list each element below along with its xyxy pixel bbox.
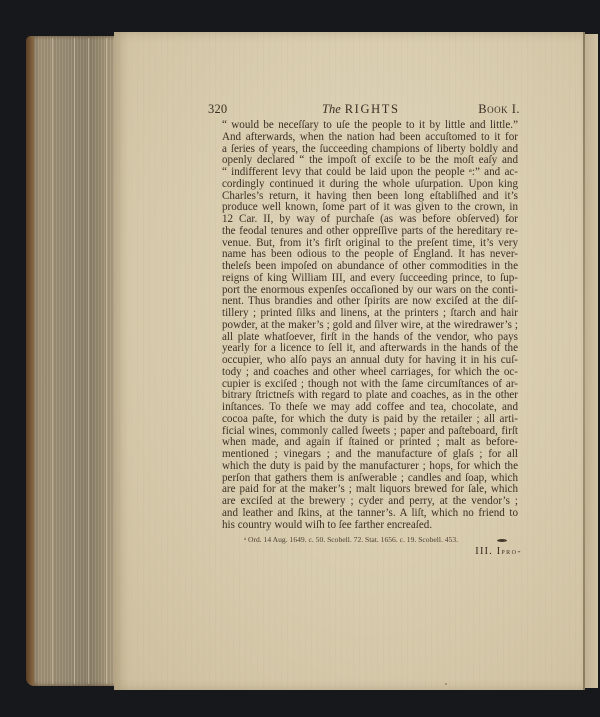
running-title-italic: The [322, 102, 341, 116]
page-edge-line [106, 38, 107, 684]
page-edge-line [74, 38, 75, 684]
catchword-rest: pro- [501, 546, 522, 556]
text-line: theleſs been impoſed on abundance of oth… [222, 261, 518, 273]
page-edge-line [88, 38, 89, 684]
text-line: “ indifferent levy that could be laid up… [222, 167, 518, 179]
book-page: 320 TheRIGHTS Book I. “ would be neceſſa… [114, 32, 584, 690]
text-line: reigns of king William III, and every ſu… [222, 273, 518, 285]
text-line: the feodal tenures and other oppreſſive … [222, 226, 518, 238]
text-line: cocoa paſte, for which the duty is paid … [222, 414, 518, 426]
text-line: mentioned ; vinegars ; and the manufactu… [222, 449, 518, 461]
open-book: 320 TheRIGHTS Book I. “ would be neceſſa… [26, 30, 598, 692]
ink-blot [497, 539, 507, 542]
page-edge-line [52, 38, 53, 684]
running-head: 320 TheRIGHTS Book I. [222, 102, 518, 118]
text-line: tody ; and coaches and other wheel carri… [222, 367, 518, 379]
text-line: 12 Car. II, by way of purchaſe (as was b… [222, 214, 518, 226]
running-title: TheRIGHTS [322, 102, 400, 117]
running-title-caps: RIGHTS [345, 102, 400, 116]
text-block: 320 TheRIGHTS Book I. “ would be neceſſa… [222, 102, 518, 558]
text-line: “ would be neceſſary to uſe the people t… [222, 120, 518, 132]
text-line: inſtances. To theſe we may add coffee an… [222, 402, 518, 414]
text-line: cordingly continued it during the whole … [222, 179, 518, 191]
page-edges-stack [26, 36, 118, 686]
text-line: powder, at the maker’s ; gold and ſilver… [222, 320, 518, 332]
book-label: Book I. [478, 102, 520, 117]
body-text: “ would be neceſſary to uſe the people t… [222, 120, 518, 531]
page-number: 320 [208, 102, 227, 117]
text-line: And afterwards, when the nation had been… [222, 132, 518, 144]
text-line: occupier, who alſo pays an annual duty f… [222, 355, 518, 367]
paper-speck [445, 683, 447, 685]
text-line: and leather and ſkins, at the tanner’s. … [222, 508, 518, 520]
text-line: are exciſed at the brewery ; cyder and p… [222, 496, 518, 508]
text-line: his country would wiſh to ſee farther en… [222, 520, 518, 532]
catchword: III. Ipro- [222, 545, 522, 558]
text-line: tillery ; printed ſilks and linens, at t… [222, 308, 518, 320]
facing-page-edge [585, 34, 598, 688]
footnote: ᵃ Ord. 14 Aug. 1649. c. 50. Scobell. 72.… [222, 535, 518, 545]
catchword-numeral: III. [475, 545, 493, 557]
text-line: which the duty is paid by the manufactur… [222, 461, 518, 473]
